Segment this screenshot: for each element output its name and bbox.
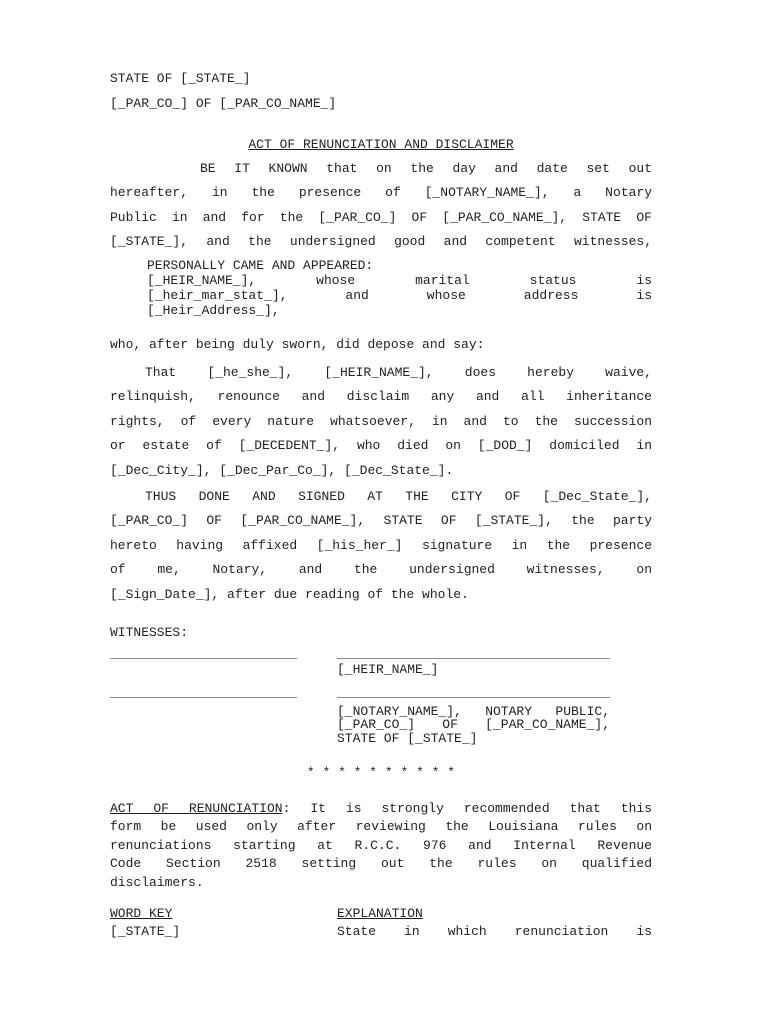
note-continuation: form be used only after reviewing the Lo… — [110, 818, 652, 892]
word-key-token: [_STATE_] — [110, 923, 337, 941]
text-line: [_PAR_CO_] OF [_PAR_CO_NAME_], — [337, 718, 610, 732]
heir-signature-line[interactable] — [337, 646, 610, 659]
notary-signature-line[interactable] — [337, 677, 610, 698]
document-page: STATE OF [_STATE_] [_PAR_CO_] OF [_PAR_C… — [0, 0, 770, 1024]
text-line: of me, Notary, and the undersigned witne… — [110, 558, 652, 582]
notary-caption: [_NOTARY_NAME_], NOTARY PUBLIC,[_PAR_CO_… — [337, 705, 610, 746]
explanation-label: EXPLANATION — [337, 906, 423, 921]
text-line: That [_he_she_], [_HEIR_NAME_], does her… — [110, 361, 652, 385]
document-title: ACT OF RENUNCIATION AND DISCLAIMER — [110, 132, 652, 157]
text-line: [_PAR_CO_] OF [_PAR_CO_NAME_], STATE OF … — [110, 509, 652, 533]
deposition-line: who, after being duly sworn, did depose … — [110, 333, 652, 357]
heir-name-caption: [_HEIR_NAME_] — [337, 663, 610, 677]
signature-column-gap — [297, 677, 337, 698]
explanation-column-title: EXPLANATION — [337, 905, 652, 923]
text-line: [_Dec_City_], [_Dec_Par_Co_], [_Dec_Stat… — [110, 459, 652, 483]
text-line: hereafter, in the presence of [_NOTARY_N… — [110, 181, 652, 205]
text-line: disclaimers. — [110, 874, 652, 892]
appearance-block: PERSONALLY CAME AND APPEARED:[_HEIR_NAME… — [147, 258, 652, 318]
text-line: [_HEIR_NAME_], whose marital status is — [147, 273, 652, 288]
signature-row-2 — [110, 677, 652, 698]
text-line: or estate of [_DECEDENT_], who died on [… — [110, 434, 652, 458]
note-lead-underlined: ACT OF RENUNCIATION — [110, 801, 283, 816]
text-line: [_Heir_Address_], — [147, 303, 652, 318]
text-line: hereto having affixed [_his_her_] signat… — [110, 534, 652, 558]
text-line: relinquish, renounce and disclaim any an… — [110, 385, 652, 409]
text-line: Code Section 2518 setting out the rules … — [110, 855, 652, 873]
signature-column-gap — [297, 646, 337, 659]
text-line: [_heir_mar_stat_], and whose address is — [147, 288, 652, 303]
text-line: [_STATE_], and the undersigned good and … — [110, 230, 652, 254]
stars-separator: * * * * * * * * * * — [110, 766, 652, 780]
header-parish-line: [_PAR_CO_] OF [_PAR_CO_NAME_] — [110, 91, 652, 116]
note-first-line-rest: : It is strongly recommended that this — [283, 801, 652, 816]
text-line: rights, of every nature whatsoever, in a… — [110, 410, 652, 434]
advisory-note: ACT OF RENUNCIATION: It is strongly reco… — [110, 800, 652, 892]
text-line: form be used only after reviewing the Lo… — [110, 818, 652, 836]
text-line: Public in and for the [_PAR_CO_] OF [_PA… — [110, 206, 652, 230]
witnesses-label: WITNESSES: — [110, 621, 652, 645]
witness-signature-line-2[interactable] — [110, 677, 297, 698]
text-line: renunciations starting at R.C.C. 976 and… — [110, 837, 652, 855]
note-first-line: ACT OF RENUNCIATION: It is strongly reco… — [110, 800, 652, 818]
document-header: STATE OF [_STATE_] [_PAR_CO_] OF [_PAR_C… — [110, 66, 652, 116]
text-line: [_Sign_Date_], after due reading of the … — [110, 583, 652, 607]
signature-row-1 — [110, 646, 652, 659]
text-line: PERSONALLY CAME AND APPEARED: — [147, 258, 652, 273]
renunciation-paragraph: That [_he_she_], [_HEIR_NAME_], does her… — [110, 361, 652, 483]
word-key-explanation: State in which renunciation is — [337, 923, 652, 941]
word-key-label: WORD KEY — [110, 906, 172, 921]
word-key-column-title: WORD KEY — [110, 905, 337, 923]
text-line: STATE OF [_STATE_] — [337, 732, 610, 746]
word-key-row: [_STATE_] State in which renunciation is — [110, 923, 652, 941]
word-key-header: WORD KEY EXPLANATION — [110, 905, 652, 923]
witness-signature-line-1[interactable] — [110, 646, 297, 659]
header-state-line: STATE OF [_STATE_] — [110, 66, 652, 91]
text-line: [_NOTARY_NAME_], NOTARY PUBLIC, — [337, 705, 610, 719]
opening-paragraph: BE IT KNOWN that on the day and date set… — [110, 157, 652, 255]
execution-paragraph: THUS DONE AND SIGNED AT THE CITY OF [_De… — [110, 485, 652, 607]
text-line: THUS DONE AND SIGNED AT THE CITY OF [_De… — [110, 485, 652, 509]
text-line: BE IT KNOWN that on the day and date set… — [110, 157, 652, 181]
